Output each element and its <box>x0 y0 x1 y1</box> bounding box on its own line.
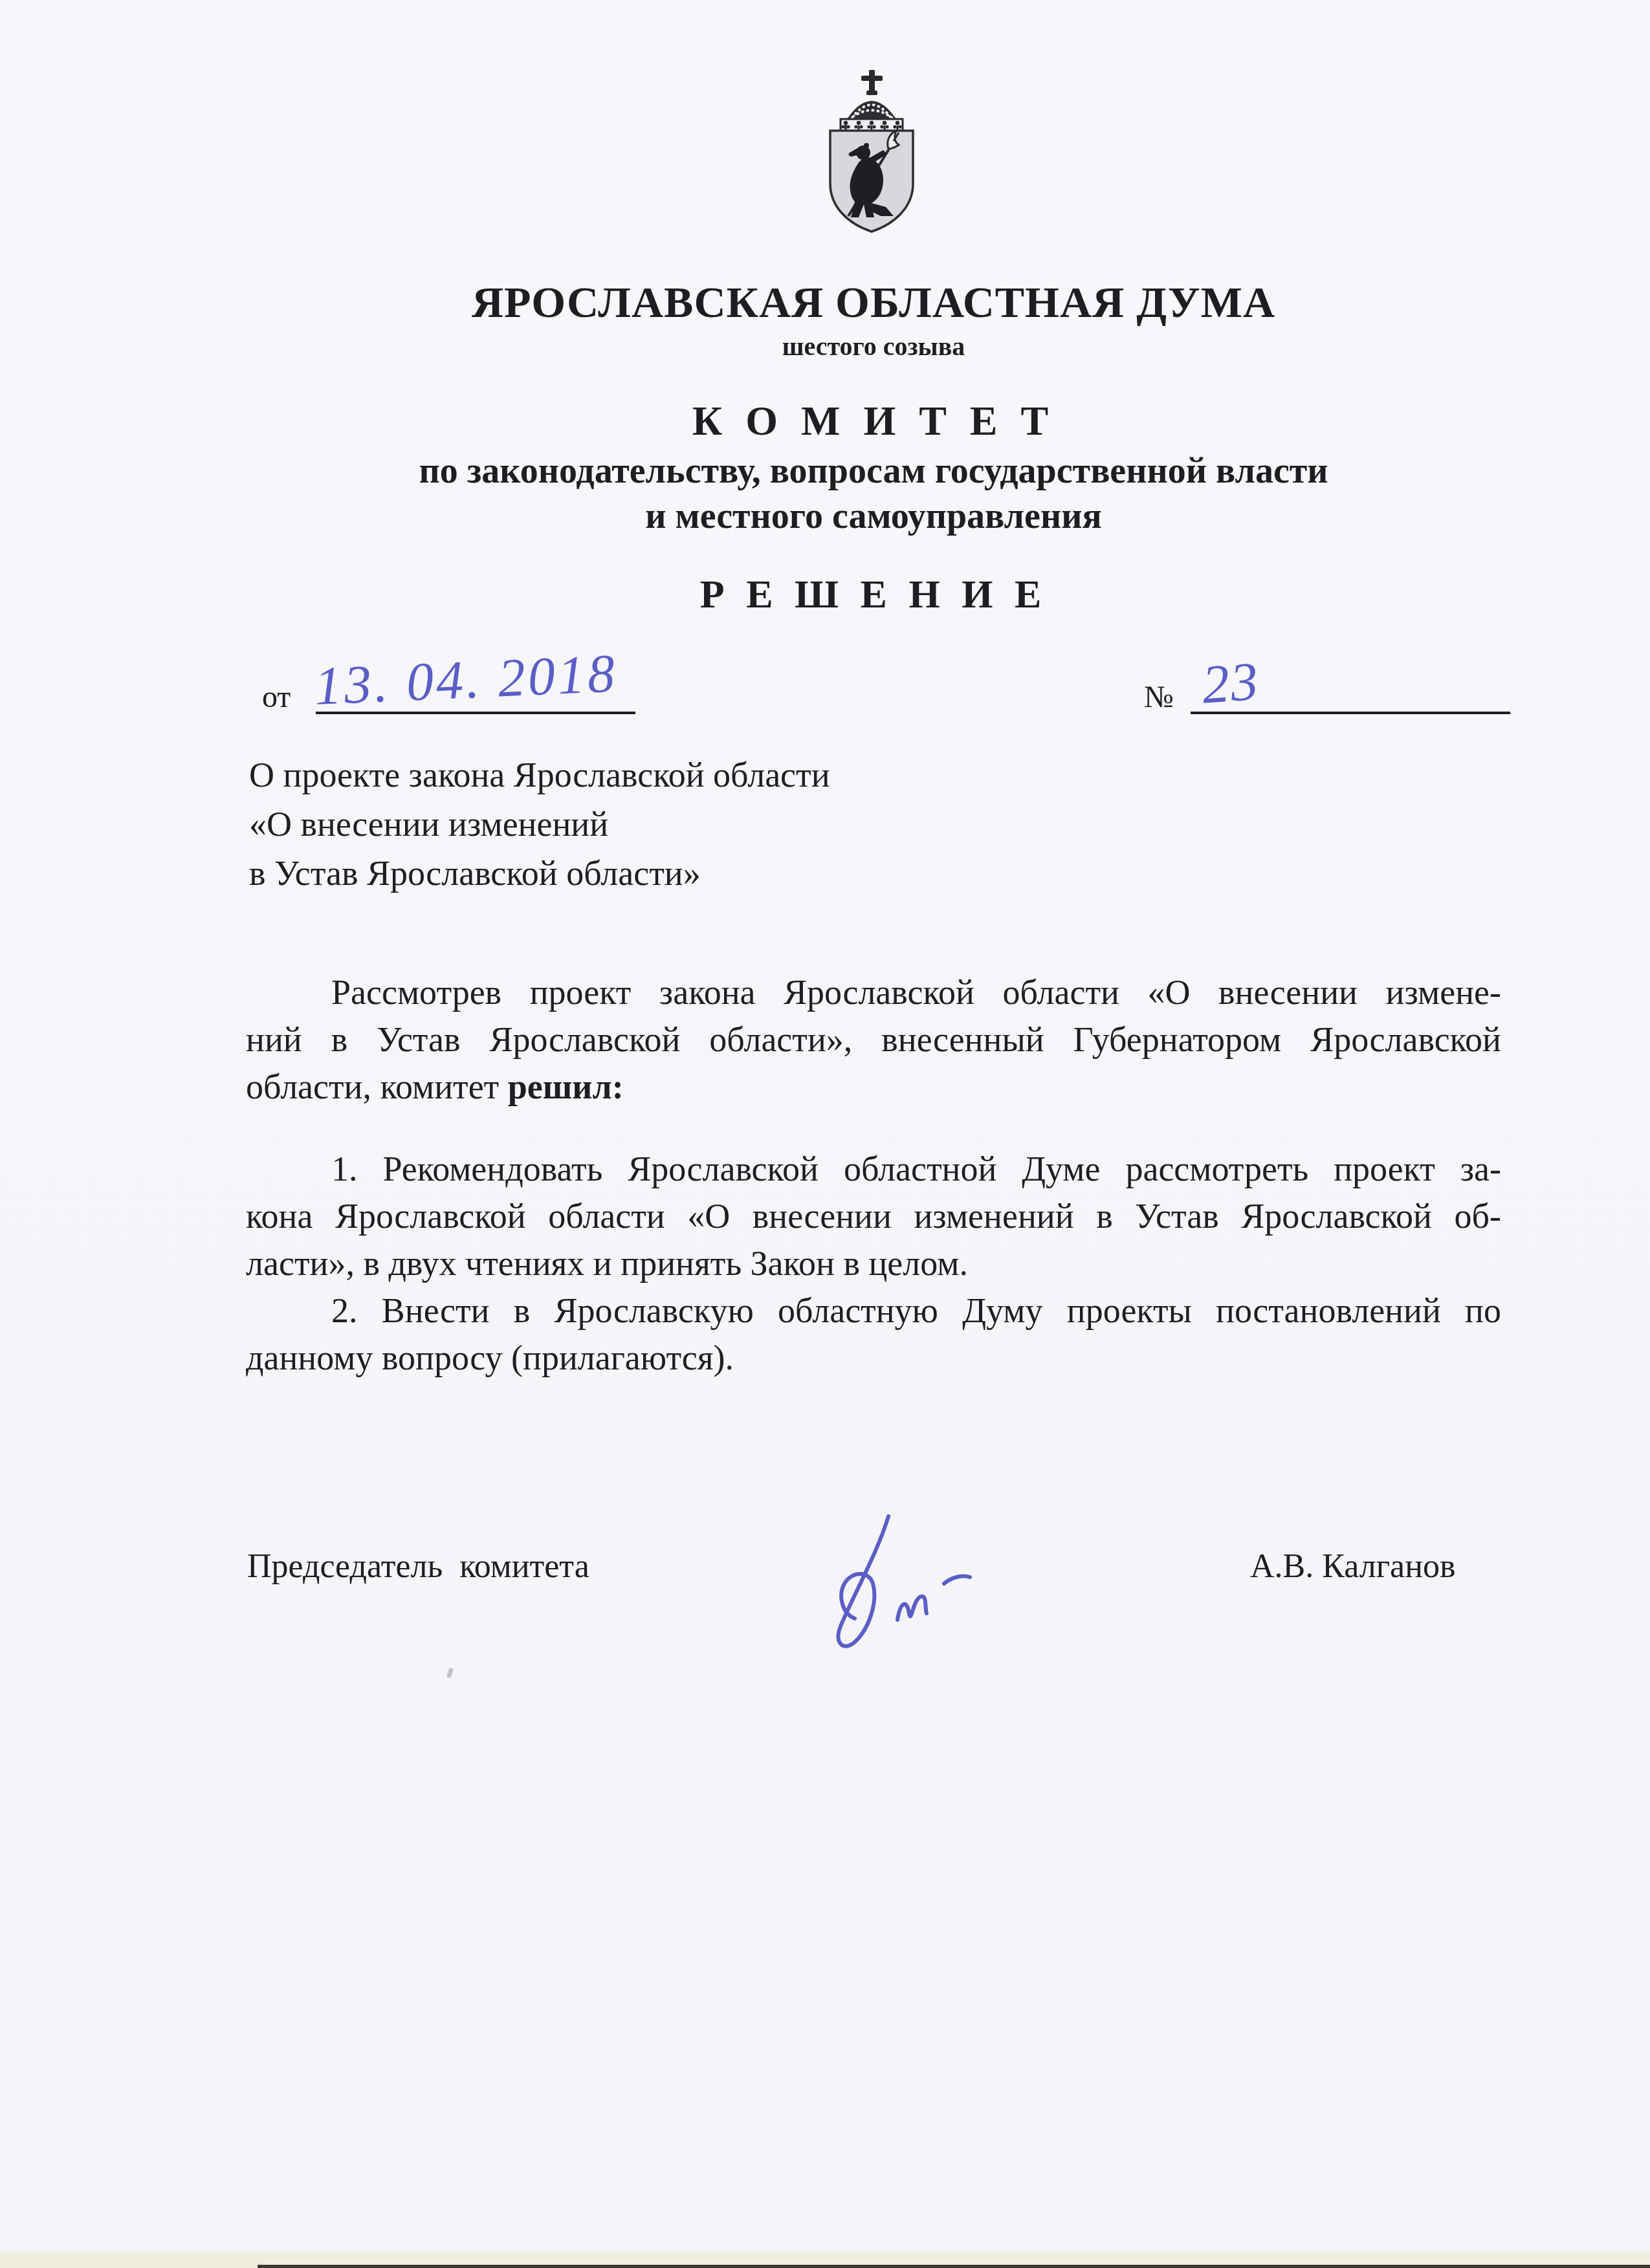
item-line: 1. Рекомендовать Ярославской областной Д… <box>246 1146 1501 1193</box>
scan-edge-line <box>258 2265 1650 2268</box>
committee-description-line2: и местного самоуправления <box>246 496 1501 537</box>
body-line: области, комитет решил: <box>246 1063 1501 1111</box>
resolution-items: 1. Рекомендовать Ярославской областной Д… <box>246 1146 1501 1382</box>
intro-paragraph: Рассмотрев проект закона Ярославской обл… <box>246 969 1501 1111</box>
document-type-heading: Р Е Ш Е Н И Е <box>246 572 1501 618</box>
subject-line: в Устав Ярославской области» <box>249 849 1155 898</box>
org-name-heading: ЯРОСЛАВСКАЯ ОБЛАСТНАЯ ДУМА <box>246 277 1501 328</box>
item-line: ласти», в двух чтениях и принять Закон в… <box>246 1240 1501 1287</box>
coat-of-arms-icon <box>826 69 917 234</box>
body-text: области, комитет <box>246 1067 508 1106</box>
convocation-subheading: шестого созыва <box>246 331 1501 362</box>
signer-name: А.В. Калганов <box>1250 1547 1456 1586</box>
body-line: Рассмотрев проект закона Ярославской обл… <box>246 969 1501 1016</box>
number-prefix-label: № <box>1144 679 1174 715</box>
number-underline <box>1191 712 1510 714</box>
subject-block: О проекте закона Ярославской области «О … <box>249 750 1155 898</box>
handwritten-date-value: 13. 04. 2018 <box>313 641 639 723</box>
handwritten-number-value: 23 <box>1200 642 1367 721</box>
committee-description-line1: по законодательству, вопросам государств… <box>246 450 1501 492</box>
scanned-document-page: ЯРОСЛАВСКАЯ ОБЛАСТНАЯ ДУМА шестого созыв… <box>0 0 1650 2268</box>
signer-position-label: Председатель комитета <box>247 1547 589 1586</box>
resolved-keyword: решил: <box>508 1067 624 1106</box>
subject-line: О проекте закона Ярославской области <box>249 750 1155 800</box>
body-line: ний в Устав Ярославской области», внесен… <box>246 1016 1501 1063</box>
crown-cross <box>861 70 883 95</box>
item-line: данному вопросу (прилагаются). <box>246 1335 1501 1382</box>
scan-speck <box>446 1667 454 1678</box>
handwritten-signature-icon <box>806 1511 1026 1666</box>
date-underline <box>316 712 635 714</box>
committee-heading: К О М И Т Е Т <box>246 397 1501 445</box>
subject-line: «О внесении изменений <box>249 800 1155 849</box>
item-line: кона Ярославской области «О внесении изм… <box>246 1193 1501 1240</box>
item-line: 2. Внести в Ярославскую областную Думу п… <box>246 1287 1501 1335</box>
date-prefix-label: от <box>262 679 291 715</box>
